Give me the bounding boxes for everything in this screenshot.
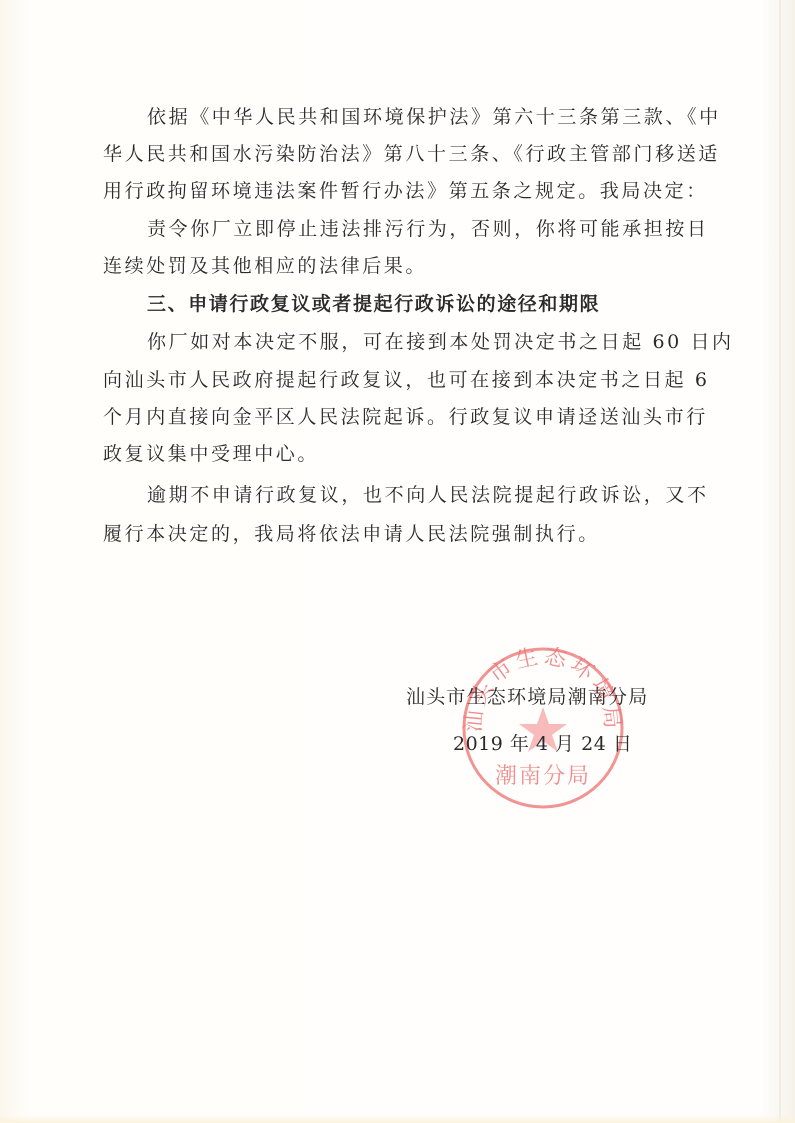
section-heading-appeal: 三、申请行政复议或者提起行政诉讼的途径和期限: [147, 289, 600, 319]
paragraph-enforcement-line-2: 履行本决定的，我局将依法申请人民法院强制执行。: [103, 519, 600, 549]
paragraph-legal-basis-line-1: 依据《中华人民共和国环境保护法》第六十三条第三款、《中: [147, 102, 721, 132]
paragraph-legal-basis-line-2: 华人民共和国水污染防治法》第八十三条、《行政主管部门移送适: [103, 139, 720, 169]
paragraph-order-line-1: 责令你厂立即停止违法排污行为，否则，你将可能承担按日: [147, 214, 709, 244]
paragraph-appeal-line-4: 政复议集中受理中心。: [103, 439, 319, 469]
paragraph-legal-basis-line-3: 用行政拘留环境违法案件暂行办法》第五条之规定。我局决定：: [103, 176, 708, 206]
paragraph-appeal-line-3: 个月内直接向金平区人民法院起诉。行政复议申请迳送汕头市行: [103, 402, 708, 432]
paragraph-appeal-line-1: 你厂如对本决定不服，可在接到本处罚决定书之日起 60 日内: [147, 327, 734, 357]
paragraph-enforcement-line-1: 逾期不申请行政复议，也不向人民法院提起行政诉讼，又不: [147, 480, 709, 510]
document-page: 依据《中华人民共和国环境保护法》第六十三条第三款、《中 华人民共和国水污染防治法…: [0, 0, 795, 1123]
paragraph-order-line-2: 连续处罚及其他相应的法律后果。: [103, 251, 427, 281]
official-seal-stamp: 汕头市生态环境局 潮南分局: [460, 645, 626, 811]
issue-date: 2019 年 4 月 24 日: [453, 729, 632, 759]
seal-bottom-text: 潮南分局: [495, 764, 591, 789]
paragraph-appeal-line-2: 向汕头市人民政府提起行政复议，也可在接到本决定书之日起 6: [103, 365, 710, 395]
page-edge: [779, 0, 781, 1123]
issuer-signature: 汕头市生态环境局潮南分局: [406, 682, 648, 712]
